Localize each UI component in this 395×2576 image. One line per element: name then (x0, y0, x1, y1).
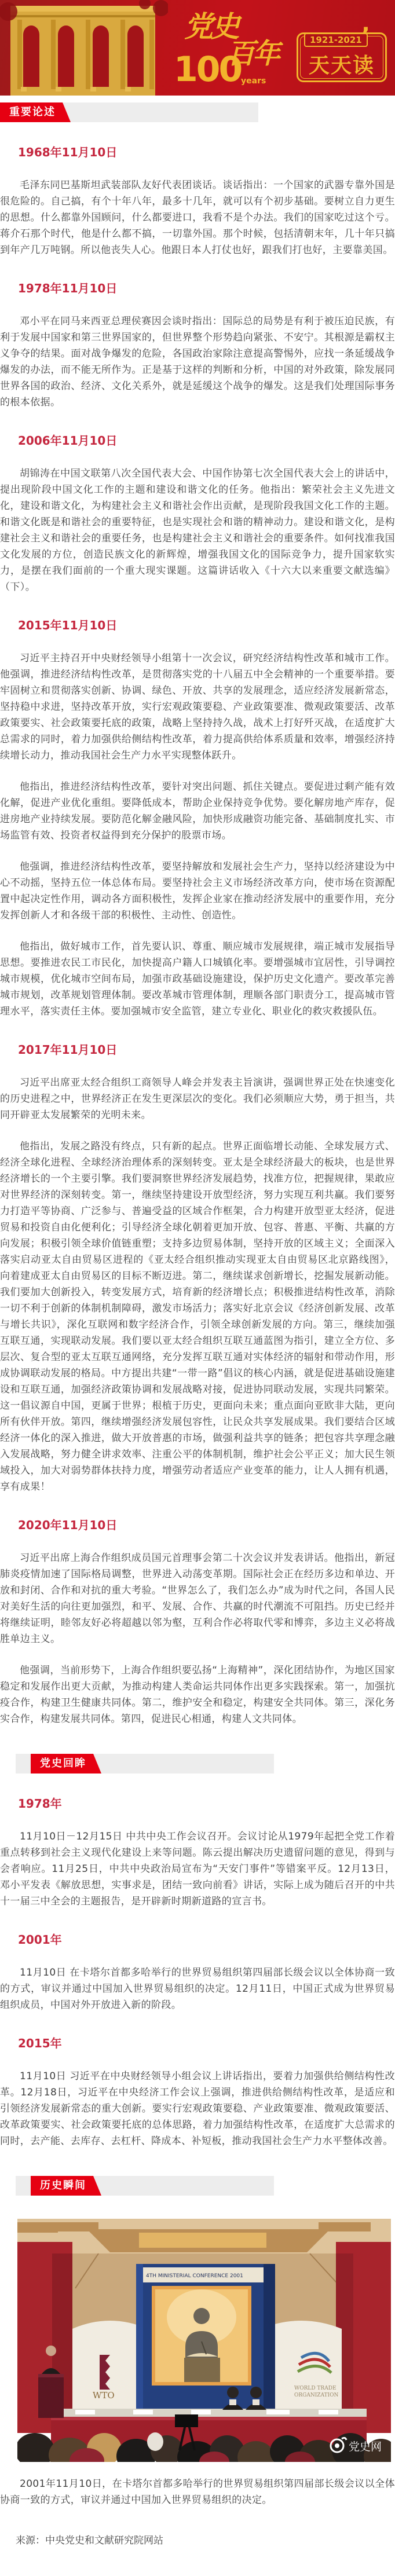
entry-paragraph: 11月10日 习近平在中央财经领导小组会议上讲话指出，要着力加强供给侧结构性改革… (0, 2068, 395, 2149)
badge-years-1921-2021: 1921-2021 (304, 33, 368, 47)
entry-date: 2015年11月10日 (0, 616, 395, 633)
entry-paragraph: 习近平出席上海合作组织成员国元首理事会第二十次会议并发表讲话。他指出，新冠肺炎疫… (0, 1550, 395, 1647)
review-entry-1978: 1978年 11月10日－12月15日 中共中央工作会议召开。会议讨论从1979… (0, 1794, 395, 1910)
important-entry-2015: 2015年11月10日 习近平主持召开中央财经领导小组第十一次会议，研究经济结构… (0, 616, 395, 1020)
entry-paragraph: 他强调，当前形势下，上海合作组织要弘扬“上海精神”，深化团结协作，为地区国家稳定… (0, 1662, 395, 1727)
wto-conference-photo: WTO WORLD TRADE ORGANIZATION 4TH MINISTE… (17, 2219, 391, 2462)
photo-caption: 2001年11月10日，在卡塔尔首都多哈举行的世界贸易组织第四届部长级会议以全体… (0, 2476, 395, 2508)
entry-paragraph: 习近平主持召开中央财经领导小组第十一次会议，研究经济结构性改革和城市工作。他强调… (0, 650, 395, 764)
section-header-review: 党史回眸 (16, 1754, 274, 1773)
watermark-text: 党史网 (349, 2441, 382, 2453)
entry-year: 2001年 (0, 1930, 395, 1947)
section-header-important: 重要论述 (0, 102, 258, 122)
entry-paragraph: 毛泽东同巴基斯坦武装部队友好代表团谈话。谈话指出：一个国家的武器专靠外国是很危险… (0, 177, 395, 258)
entry-paragraph: 习近平出席亚太经合组织工商领导人峰会并发表主旨演讲，强调世界正处在快速变化的历史… (0, 1075, 395, 1123)
section-header-moment: 历史瞬间 (16, 2176, 274, 2196)
source-line: 来源：中央党史和文献研究院网站 (0, 2533, 395, 2549)
review-entry-2015: 2015年 11月10日 习近平在中央财经领导小组会议上讲话指出，要着力加强供给… (0, 2034, 395, 2149)
wto-left-label: WTO (93, 2390, 115, 2401)
entry-date: 2020年11月10日 (0, 1516, 395, 1533)
entry-year: 2015年 (0, 2034, 395, 2051)
important-entry-1978: 1978年11月10日 邓小平在同马来西亚总理侯赛因会谈时指出：国际总的局势是有… (0, 279, 395, 411)
entry-paragraph: 邓小平在同马来西亚总理侯赛因会谈时指出：国际总的局势是有利于被压迫民族，有利于发… (0, 313, 395, 411)
review-entry-2001: 2001年 11月10日 在卡塔尔首都多哈举行的世界贸易组织第四届部长级会议以全… (0, 1930, 395, 2013)
section-badge-review: 党史回眸 (31, 1754, 101, 1773)
banner-years-label: years (241, 76, 266, 86)
wto-org-line2: ORGANIZATION (294, 2392, 338, 2398)
entry-date: 1978年11月10日 (0, 279, 395, 296)
article-page: 党史 百年 100 years 1921-2021 天天读 ’ 重要论述 196… (0, 0, 395, 2564)
building-illustration (0, 0, 168, 96)
wto-org-line1: WORLD TRADE (294, 2386, 337, 2391)
entry-paragraph: 11月10日 在卡塔尔首都多哈举行的世界贸易组织第四届部长级会议以全体协商一致的… (0, 1965, 395, 2013)
historical-photo: WTO WORLD TRADE ORGANIZATION 4TH MINISTE… (17, 2219, 391, 2462)
entry-paragraph: 他指出，发展之路没有终点，只有新的起点。世界正面临增长动能、全球发展方式、经济全… (0, 1138, 395, 1495)
entry-paragraph: 胡锦涛在中国文联第八次全国代表大会、中国作协第七次全国代表大会上的讲话中，提出现… (0, 466, 395, 595)
page-bottom-spacer (0, 2549, 395, 2564)
important-entry-2017: 2017年11月10日 习近平出席亚太经合组织工商领导人峰会并发表主旨演讲，强调… (0, 1040, 395, 1495)
entry-year: 1978年 (0, 1794, 395, 1811)
banner-number-100: 100 (174, 52, 241, 87)
important-entry-2020: 2020年11月10日 习近平出席上海合作组织成员国元首理事会第二十次会议并发表… (0, 1516, 395, 1727)
header-banner: 党史 百年 100 years 1921-2021 天天读 ’ (0, 0, 395, 96)
badge-title-tiantiandu: 天天读 (298, 49, 385, 79)
important-entry-1968: 1968年11月10日 毛泽东同巴基斯坦武装部队友好代表团谈话。谈话指出：一个国… (0, 143, 395, 258)
conference-banner-text: 4TH MINISTERIAL CONFERENCE 2001 (146, 2273, 243, 2279)
entry-paragraph: 他强调，推进经济结构性改革，要坚持解放和发展社会生产力，坚持以经济建设为中心不动… (0, 859, 395, 924)
entry-paragraph: 他指出，做好城市工作，首先要认识、尊重、顺应城市发展规律，端正城市发展指导思想。… (0, 939, 395, 1020)
section-badge-important: 重要论述 (0, 102, 71, 122)
important-entry-2006: 2006年11月10日 胡锦涛在中国文联第八次全国代表大会、中国作协第七次全国代… (0, 431, 395, 595)
badge-comma-mark: ’ (361, 25, 370, 48)
entry-date: 1968年11月10日 (0, 143, 395, 160)
banner-calligraphy: 党史 百年 100 years (174, 1, 295, 94)
section-badge-moment: 历史瞬间 (31, 2176, 101, 2196)
entry-paragraph: 他指出，推进经济结构性改革，要针对突出问题、抓住关键点。要促进过剩产能有效化解，… (0, 779, 395, 844)
entry-date: 2006年11月10日 (0, 431, 395, 448)
tiantiandu-badge: 1921-2021 天天读 ’ (297, 32, 387, 82)
entry-date: 2017年11月10日 (0, 1040, 395, 1057)
entry-paragraph: 11月10日－12月15日 中共中央工作会议召开。会议讨论从1979年起把全党工… (0, 1829, 395, 1910)
